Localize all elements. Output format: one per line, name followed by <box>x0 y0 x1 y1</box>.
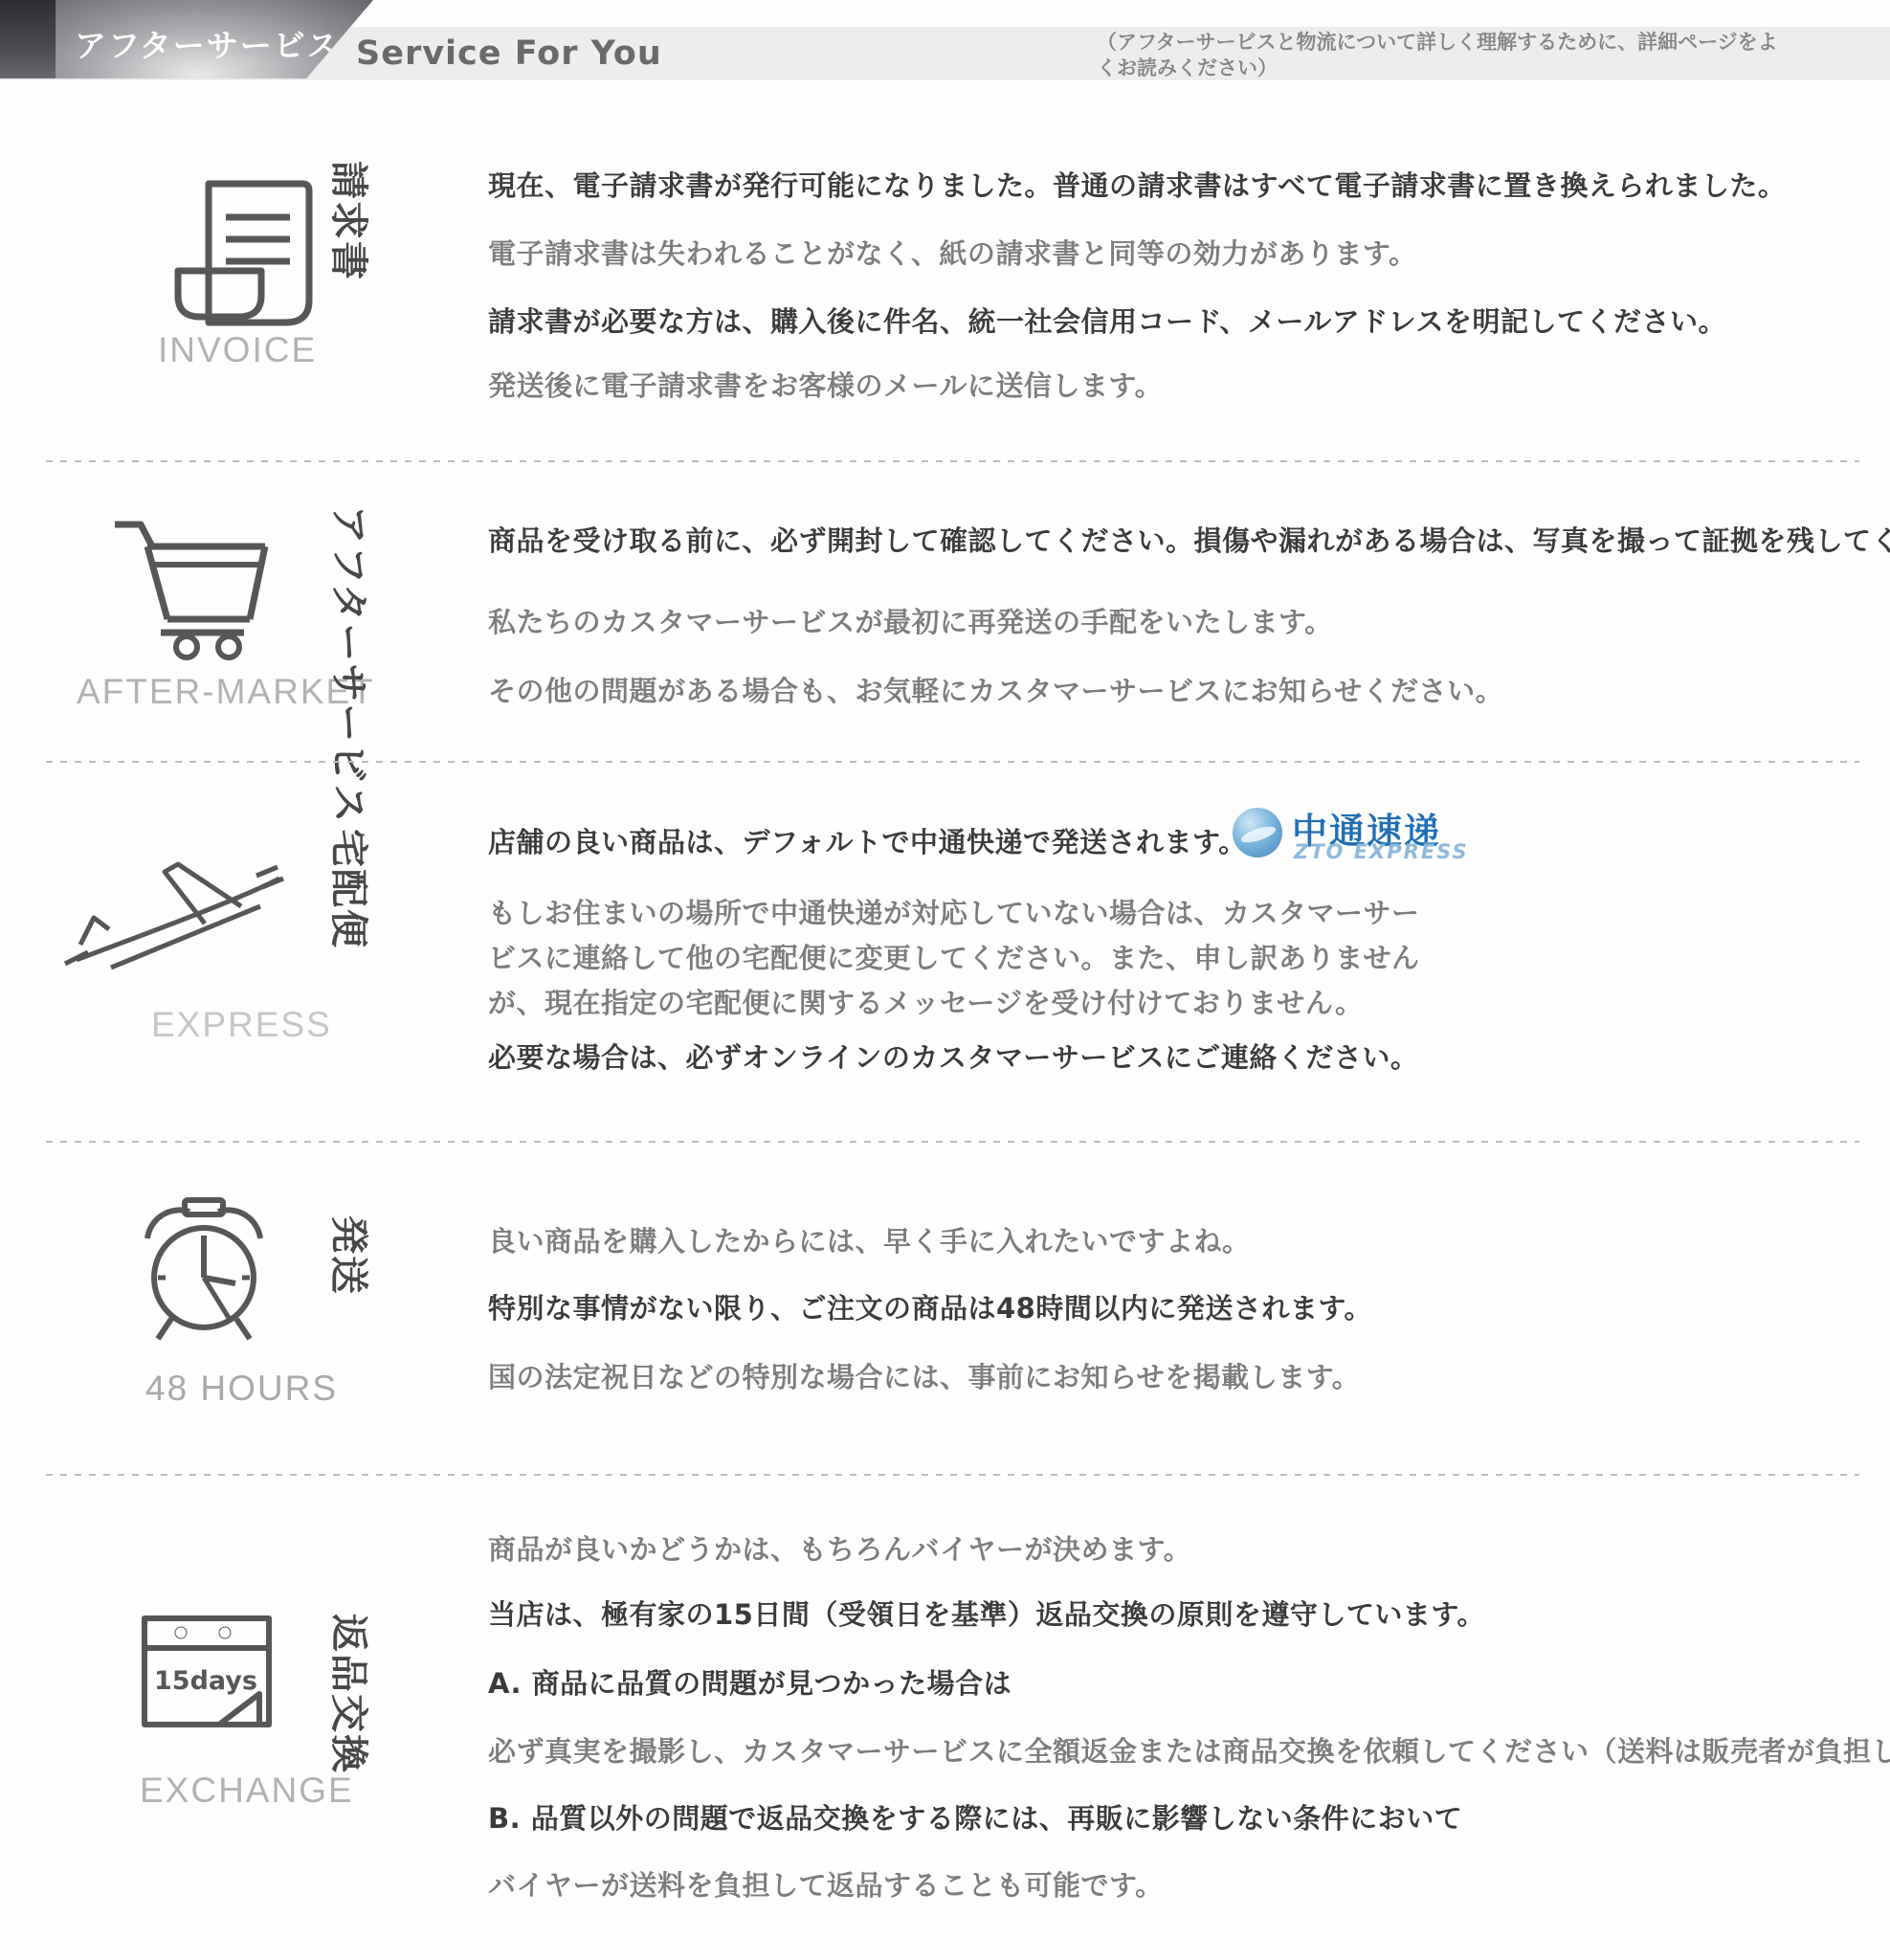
aftermarket-line-3: その他の問題がある場合も、お気軽にカスタマーサービスにお知らせください。 <box>488 670 1503 709</box>
header-note: （アフターサービスと物流について詳しく理解するために、詳細ページをよ くお読みく… <box>1097 30 1872 81</box>
express-para-line-3: が、現在指定の宅配便に関するメッセージを受け付けておりません。 <box>488 982 1364 1021</box>
express-closing-line: 必要な場合は、必ずオンラインのカスタマーサービスにご連絡ください。 <box>488 1036 1418 1076</box>
invoice-line-3: 請求書が必要な方は、購入後に件名、統一社会信用コード、メールアドレスを明記してく… <box>488 301 1726 340</box>
exchange-caption: EXCHANGE <box>140 1771 354 1811</box>
alarm-clock-icon <box>134 1189 274 1344</box>
exchange-line-4: 必ず真実を撮影し、カスタマーサービスに全額返金または商品交換を依頼してください（… <box>488 1730 1890 1770</box>
page-title: Service For You <box>356 34 662 73</box>
exchange-line-6: バイヤーが送料を負担して返品することも可能です。 <box>488 1864 1164 1904</box>
invoice-caption: INVOICE <box>158 330 317 370</box>
invoice-icon <box>170 178 316 333</box>
hours48-caption: 48 HOURS <box>145 1369 338 1409</box>
zto-logo-english: ZTO EXPRESS <box>1294 840 1469 863</box>
header-left-strip <box>0 0 56 78</box>
invoice-line-2: 電子請求書は失われることがなく、紙の請求書と同等の効力があります。 <box>488 233 1417 272</box>
hours48-line-2: 特別な事情がない限り、ご注文の商品は48時間以内に発送されます。 <box>488 1287 1372 1326</box>
calendar-15days-text: 15days <box>154 1666 257 1696</box>
express-para-line-1: もしお住まいの場所で中通快递が対応していない場合は、カスタマーサー <box>488 892 1420 931</box>
exchange-vertical-label: 返品交換 <box>324 1614 379 1774</box>
express-caption: EXPRESS <box>151 1005 332 1045</box>
header-note-line1: （アフターサービスと物流について詳しく理解するために、詳細ページをよ <box>1097 30 1872 56</box>
exchange-line-5: B. 品質以外の問題で返品交換をする際には、再販に影響しない条件において <box>488 1797 1462 1837</box>
invoice-vertical-label: 請求書 <box>324 161 379 281</box>
divider-3 <box>46 1141 1859 1143</box>
header-badge-label: アフターサービス <box>75 21 341 66</box>
hours48-vertical-label: 発送 <box>324 1215 379 1296</box>
aftermarket-line-1: 商品を受け取る前に、必ず開封して確認してください。損傷や漏れがある場合は、写真を… <box>488 520 1890 559</box>
hours48-line-3: 国の法定祝日などの特別な場合には、事前にお知らせを掲載します。 <box>488 1356 1360 1395</box>
invoice-line-1: 現在、電子請求書が発行可能になりました。普通の請求書はすべて電子請求書に置き換え… <box>488 165 1786 204</box>
aftermarket-line-2: 私たちのカスタマーサービスが最初に再発送の手配をいたします。 <box>488 601 1333 640</box>
express-para-line-2: ビスに連絡して他の宅配便に変更してください。また、申し訳ありません <box>488 937 1420 976</box>
cart-icon <box>107 515 272 660</box>
exchange-line-3: A. 商品に品質の問題が見つかった場合は <box>488 1662 1012 1702</box>
express-vertical-label: 宅配便 <box>324 829 379 949</box>
exchange-line-2: 当店は、極有家の15日間（受領日を基準）返品交換の原則を遵守しています。 <box>488 1593 1485 1633</box>
divider-1 <box>46 460 1859 462</box>
airplane-icon <box>59 855 289 971</box>
aftermarket-vertical-label: アフターサービス <box>324 505 379 824</box>
express-intro-line: 店舗の良い商品は、デフォルトで中通快递で発送されます。 <box>488 821 1247 860</box>
hours48-line-1: 良い商品を購入したからには、早く手に入れたいですよね。 <box>488 1220 1251 1259</box>
invoice-line-4: 発送後に電子請求書をお客様のメールに送信します。 <box>488 365 1163 404</box>
header-note-line2: くお読みください） <box>1097 56 1872 81</box>
zto-globe-icon <box>1233 808 1282 857</box>
exchange-line-1: 商品が良いかどうかは、もちろんバイヤーが決めます。 <box>488 1528 1191 1568</box>
zto-express-logo: 中通速递 ZTO EXPRESS <box>1233 804 1453 869</box>
service-info-page: アフターサービス Service For You （アフターサービスと物流につい… <box>0 0 1890 1960</box>
divider-2 <box>46 761 1859 763</box>
calendar-icon: 15days <box>139 1611 275 1732</box>
divider-4 <box>46 1474 1859 1476</box>
